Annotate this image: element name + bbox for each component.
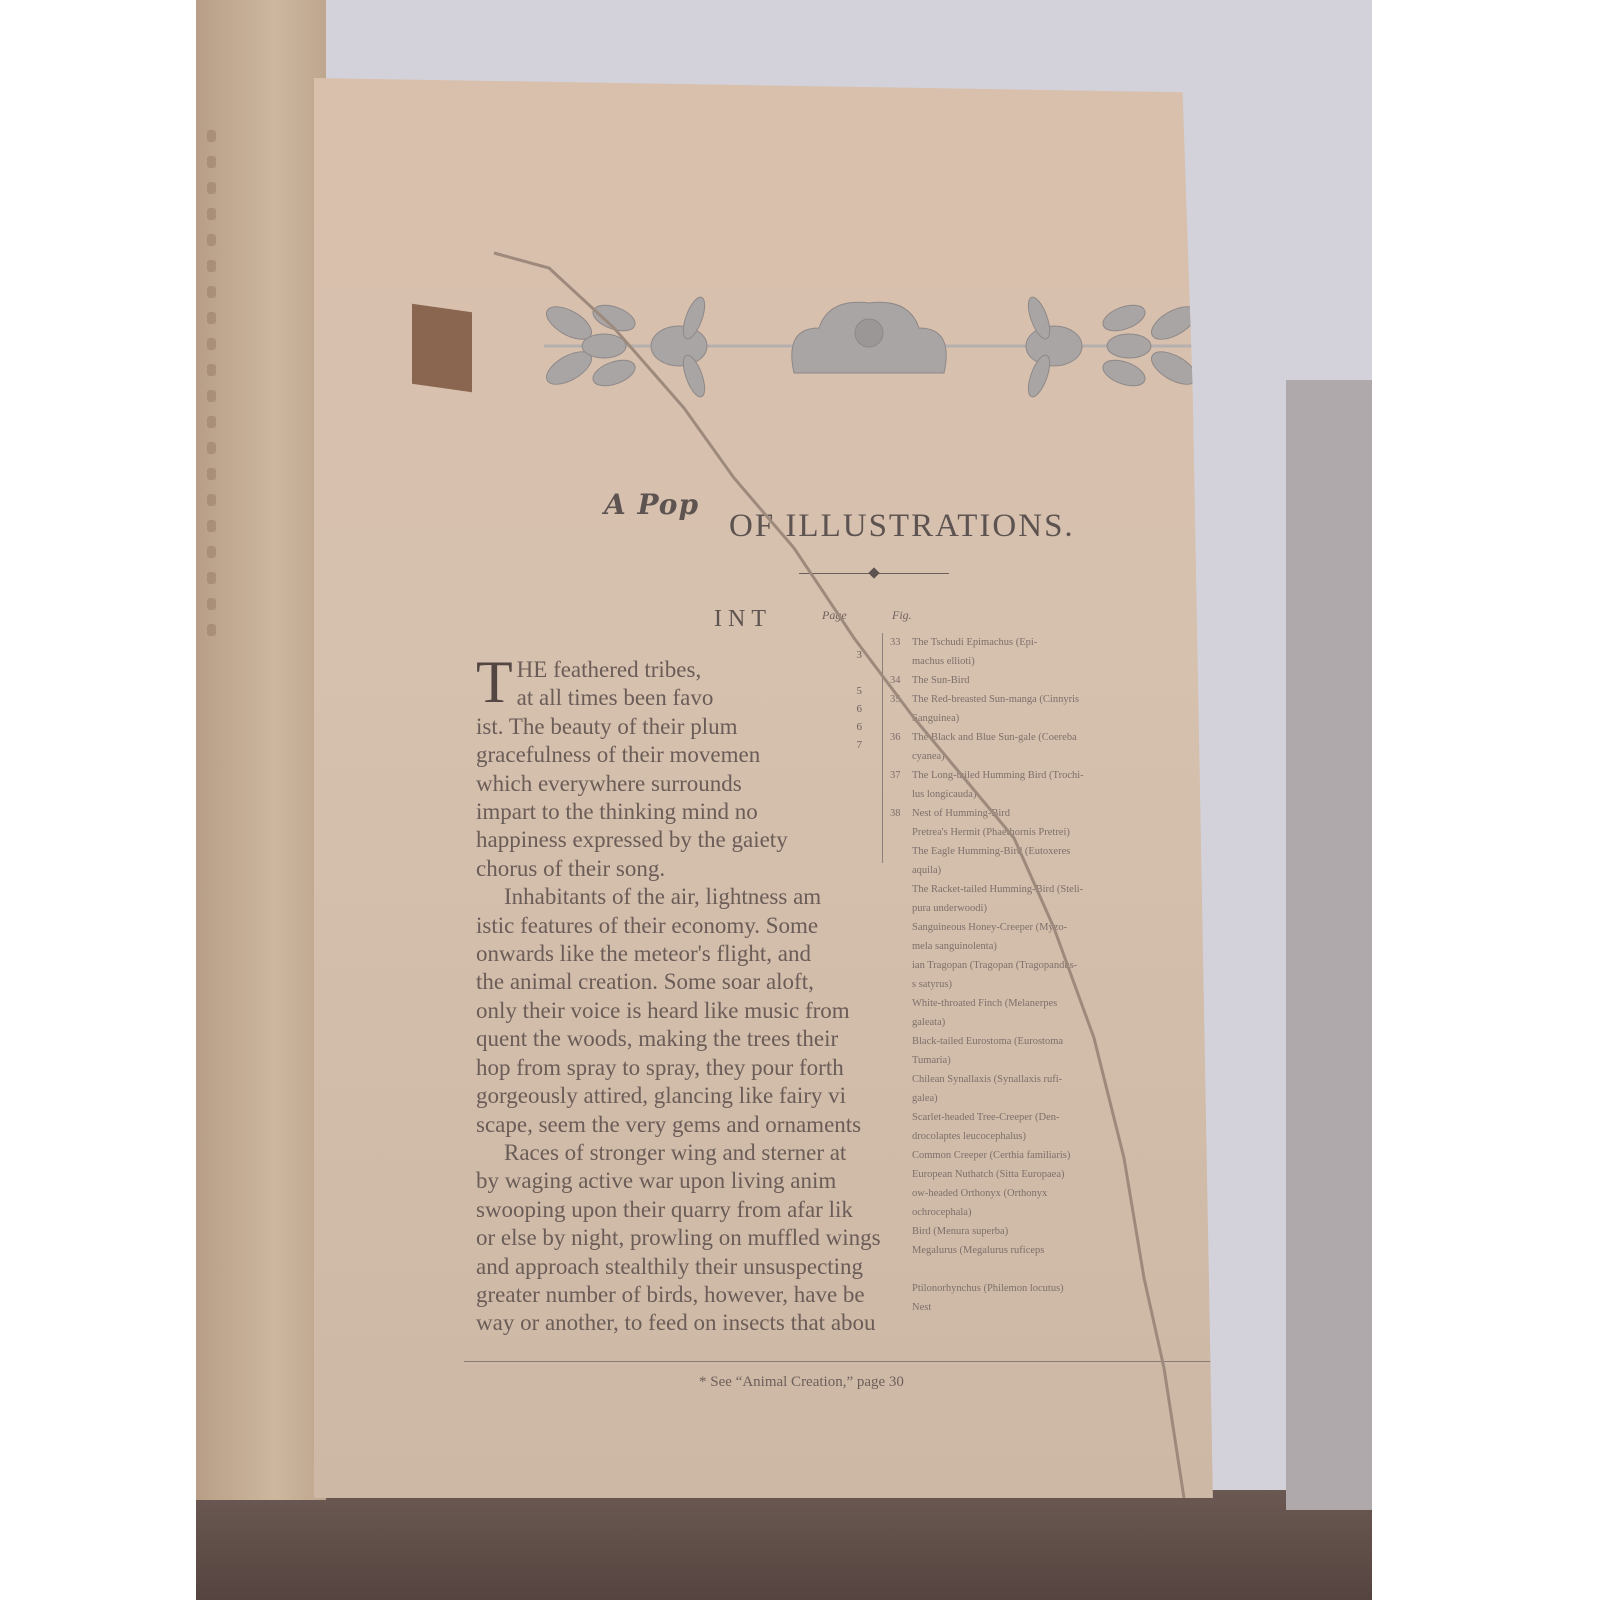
toc-fig-number <box>890 880 912 899</box>
toc-entry: Tumaria)91 <box>890 1051 1260 1070</box>
toc-page-number: 79 <box>1232 823 1260 842</box>
toc-entry: The Racket-tailed Humming-Bird (Steli- <box>890 880 1260 899</box>
toc-page-number <box>1232 1032 1260 1051</box>
toc-page-number: 91 <box>1232 1051 1260 1070</box>
toc-entry: 36The Black and Blue Sun-gale (Coereba <box>890 728 1260 747</box>
toc-entry: ochrocephala)98 <box>890 1203 1260 1222</box>
toc-title: The Racket-tailed Humming-Bird (Steli- <box>912 880 1232 899</box>
floral-ornament-icon <box>529 288 1209 398</box>
toc-title: The Sun-Bird <box>912 671 1232 690</box>
toc-title: Common Creeper (Certhia familiaris) <box>912 1146 1232 1165</box>
toc-entry: European Nuthatch (Sitta Europaea)97 <box>890 1165 1260 1184</box>
toc-title: Ptilonorhynchus (Philemon locutus) <box>912 1279 1232 1298</box>
toc-page-label: Page <box>1224 608 1249 623</box>
toc-title: The Black and Blue Sun-gale (Coereba <box>912 728 1232 747</box>
toc-page-number <box>1232 766 1260 785</box>
toc-page-number <box>1232 633 1260 652</box>
toc-entry: Megalurus (Megalurus ruficeps <box>890 1241 1260 1260</box>
toc-fig-number <box>890 1032 912 1051</box>
toc-fig-number <box>890 918 912 937</box>
toc-entry: The Eagle Humming-Bird (Eutoxeres <box>890 842 1260 861</box>
toc-page-number: 93 <box>1232 1089 1260 1108</box>
toc-page-number: 95 <box>1232 1146 1260 1165</box>
toc-page-number <box>1232 918 1260 937</box>
toc-entry: lus longicauda)75 <box>890 785 1260 804</box>
page-title: OF ILLUSTRATIONS. <box>729 508 1075 545</box>
toc-fig-number <box>890 956 912 975</box>
toc-fig-number <box>890 1051 912 1070</box>
toc-page-number <box>1232 1070 1260 1089</box>
toc-page-number <box>1232 956 1260 975</box>
toc-entry: Nest105 <box>890 1298 1260 1317</box>
toc-title: drocolaptes leucocephalus) <box>912 1127 1232 1146</box>
book-photo: A Pop OF ILLUSTRATIONS. INT Page Fig. Pa… <box>196 0 1372 1600</box>
toc-entry: Sanguinea)74 <box>890 709 1260 728</box>
toc-entry: Black-tailed Eurostoma (Eurostoma <box>890 1032 1260 1051</box>
toc-fig-number <box>890 937 912 956</box>
toc-entry: Sanguineous Honey-Creeper (Myzo- <box>890 918 1260 937</box>
toc-title: Bird (Menura superba) <box>912 1222 1232 1241</box>
toc-fig-number <box>890 1298 912 1317</box>
toc-title: ow-headed Orthonyx (Orthonyx <box>912 1184 1232 1203</box>
toc-fig-number: 37 <box>890 766 912 785</box>
toc-entry: Pretrea's Hermit (Phaethornis Pretrei)79 <box>890 823 1260 842</box>
toc-page-number: 75 <box>1232 785 1260 804</box>
toc-title: Chilean Synallaxis (Synallaxis rufi- <box>912 1070 1232 1089</box>
toc-entry: 33The Tschudi Epimachus (Epi- <box>890 633 1260 652</box>
toc-page-number: 88 <box>1232 1013 1260 1032</box>
left-page-text-marks <box>201 130 221 1130</box>
page-column-label: Page <box>822 608 847 623</box>
torn-corner <box>412 304 472 392</box>
toc-fig-number <box>890 747 912 766</box>
toc-fig-number <box>890 823 912 842</box>
toc-title: White-throated Finch (Melanerpes <box>912 994 1232 1013</box>
toc-entry: drocolaptes leucocephalus)95 <box>890 1127 1260 1146</box>
toc-entry: 35The Red-breasted Sun-manga (Cinnyris <box>890 690 1260 709</box>
toc-entry: machus ellioti)73 <box>890 652 1260 671</box>
toc-page-number: 81 <box>1232 899 1260 918</box>
toc-fig-number: 35 <box>890 690 912 709</box>
toc-fig-number <box>890 1203 912 1222</box>
toc-entry: pura underwoodi)81 <box>890 899 1260 918</box>
toc-title: Nest of Humming-Bird <box>912 804 1232 823</box>
toc-page-number <box>1232 1184 1260 1203</box>
toc-fig-number <box>890 785 912 804</box>
toc-entry: galea)93 <box>890 1089 1260 1108</box>
toc-title: lus longicauda) <box>912 785 1232 804</box>
left-page-edge <box>196 0 326 1500</box>
toc-page-number: 97 <box>1232 1165 1260 1184</box>
toc-page-number <box>1232 880 1260 899</box>
table-shadow <box>196 1490 1372 1600</box>
toc-page-number: 95 <box>1232 1127 1260 1146</box>
toc-fig-number <box>890 709 912 728</box>
toc-title <box>912 1260 1232 1279</box>
toc-fig-number <box>890 1222 912 1241</box>
toc-entry: mela sanguinolenta)85 <box>890 937 1260 956</box>
toc-fig-number <box>890 1070 912 1089</box>
toc-title: The Tschudi Epimachus (Epi- <box>912 633 1232 652</box>
toc-entry: 102 <box>890 1260 1260 1279</box>
toc-title: European Nuthatch (Sitta Europaea) <box>912 1165 1232 1184</box>
fig-column-label: Fig. <box>892 608 912 623</box>
toc-fig-number <box>890 899 912 918</box>
toc-fig-number <box>890 861 912 880</box>
toc-fig-number: 38 <box>890 804 912 823</box>
toc-entry: aquila)80 <box>890 861 1260 880</box>
section-heading: INT <box>714 606 772 633</box>
toc-page-number <box>1232 1108 1260 1127</box>
toc-title: Nest <box>912 1298 1232 1317</box>
book-page: A Pop OF ILLUSTRATIONS. INT Page Fig. Pa… <box>314 78 1324 1498</box>
toc-title: Sanguineous Honey-Creeper (Myzo- <box>912 918 1232 937</box>
title-rule-ornament <box>868 567 879 578</box>
toc-fig-number <box>890 1165 912 1184</box>
toc-page-number: 80 <box>1232 861 1260 880</box>
toc-entry: 34The Sun-Bird69 <box>890 671 1260 690</box>
toc-title: Sanguinea) <box>912 709 1232 728</box>
toc-page-number: 85 <box>1232 937 1260 956</box>
toc-title: The Eagle Humming-Bird (Eutoxeres <box>912 842 1232 861</box>
toc-title: machus ellioti) <box>912 652 1232 671</box>
toc-title: cyanea) <box>912 747 1232 766</box>
toc-page-number: 105 <box>1232 1298 1260 1317</box>
toc-title: mela sanguinolenta) <box>912 937 1232 956</box>
toc-title: ochrocephala) <box>912 1203 1232 1222</box>
toc-entry: 38Nest of Humming-Bird76 <box>890 804 1260 823</box>
toc-title: pura underwoodi) <box>912 899 1232 918</box>
toc-entry: White-throated Finch (Melanerpes <box>890 994 1260 1013</box>
footnote: * See “Animal Creation,” page 30 <box>699 1374 904 1391</box>
toc-page-number: 74 <box>1232 709 1260 728</box>
toc-fig-number <box>890 1108 912 1127</box>
toc-fig-number <box>890 975 912 994</box>
toc-entry: 37The Long-tailed Humming Bird (Trochi- <box>890 766 1260 785</box>
toc-fig-number <box>890 1279 912 1298</box>
toc-entry: galeata)88 <box>890 1013 1260 1032</box>
toc-page-number: 102 <box>1232 1260 1260 1279</box>
toc-entry: Common Creeper (Certhia familiaris)95 <box>890 1146 1260 1165</box>
footnote-rule <box>464 1361 1344 1362</box>
toc-title: galea) <box>912 1089 1232 1108</box>
background-object <box>1286 380 1372 1510</box>
toc-fig-number <box>890 1146 912 1165</box>
toc-entry: Scarlet-headed Tree-Creeper (Den- <box>890 1108 1260 1127</box>
toc-page-number: 69 <box>1232 671 1260 690</box>
drop-cap: T <box>476 656 513 708</box>
toc-page-number: 100 <box>1232 1222 1260 1241</box>
toc-page-number <box>1232 994 1260 1013</box>
toc-fig-number <box>890 1013 912 1032</box>
toc-entry: ow-headed Orthonyx (Orthonyx <box>890 1184 1260 1203</box>
toc-fig-number <box>890 652 912 671</box>
toc-fig-number <box>890 842 912 861</box>
toc-fig-number: 36 <box>890 728 912 747</box>
toc-title: ian Tragopan (Tragopan (Tragopandus- <box>912 956 1232 975</box>
toc-page-number: 75 <box>1232 747 1260 766</box>
toc-title: Pretrea's Hermit (Phaethornis Pretrei) <box>912 823 1232 842</box>
toc-fig-number <box>890 1184 912 1203</box>
toc-fig-number <box>890 1241 912 1260</box>
toc-page-number <box>1232 728 1260 747</box>
toc-page-number <box>1232 842 1260 861</box>
toc-page-number <box>1232 1241 1260 1260</box>
toc-page-number: 73 <box>1232 652 1260 671</box>
toc-entry: Ptilonorhynchus (Philemon locutus)104 <box>890 1279 1260 1298</box>
toc-fig-number: 33 <box>890 633 912 652</box>
toc-entry: cyanea)75 <box>890 747 1260 766</box>
toc-page-number: 104 <box>1232 1279 1260 1298</box>
toc-title: Scarlet-headed Tree-Creeper (Den- <box>912 1108 1232 1127</box>
toc-title: Black-tailed Eurostoma (Eurostoma <box>912 1032 1232 1051</box>
toc-fig-number <box>890 1127 912 1146</box>
title-fragment: A Pop <box>604 488 699 521</box>
toc-page-number <box>1232 690 1260 709</box>
toc-title: galeata) <box>912 1013 1232 1032</box>
toc-page-number: 76 <box>1232 804 1260 823</box>
toc-fig-number <box>890 1260 912 1279</box>
toc-entry: ian Tragopan (Tragopan (Tragopandus- <box>890 956 1260 975</box>
toc-fig-number: 34 <box>890 671 912 690</box>
toc-title: Tumaria) <box>912 1051 1232 1070</box>
toc-title: The Long-tailed Humming Bird (Trochi- <box>912 766 1232 785</box>
toc-entry: Chilean Synallaxis (Synallaxis rufi- <box>890 1070 1260 1089</box>
toc-fig-number <box>890 1089 912 1108</box>
toc-title: s satyrus) <box>912 975 1232 994</box>
toc-title: Megalurus (Megalurus ruficeps <box>912 1241 1232 1260</box>
toc-fig-number <box>890 994 912 1013</box>
illustrations-list: 33The Tschudi Epimachus (Epi- machus ell… <box>890 633 1260 1317</box>
toc-title: The Red-breasted Sun-manga (Cinnyris <box>912 690 1232 709</box>
toc-page-number: 98 <box>1232 1203 1260 1222</box>
toc-page-number: 88 <box>1232 975 1260 994</box>
toc-entry: Bird (Menura superba)100 <box>890 1222 1260 1241</box>
toc-entry: s satyrus)88 <box>890 975 1260 994</box>
toc-title: aquila) <box>912 861 1232 880</box>
